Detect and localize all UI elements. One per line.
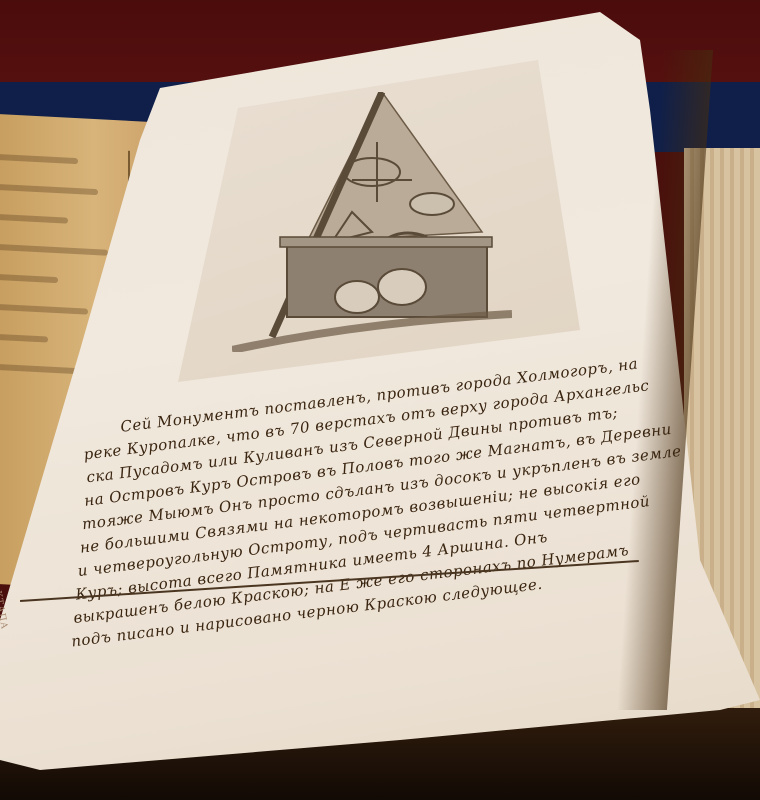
pyramid-monument-engraving bbox=[232, 92, 512, 352]
